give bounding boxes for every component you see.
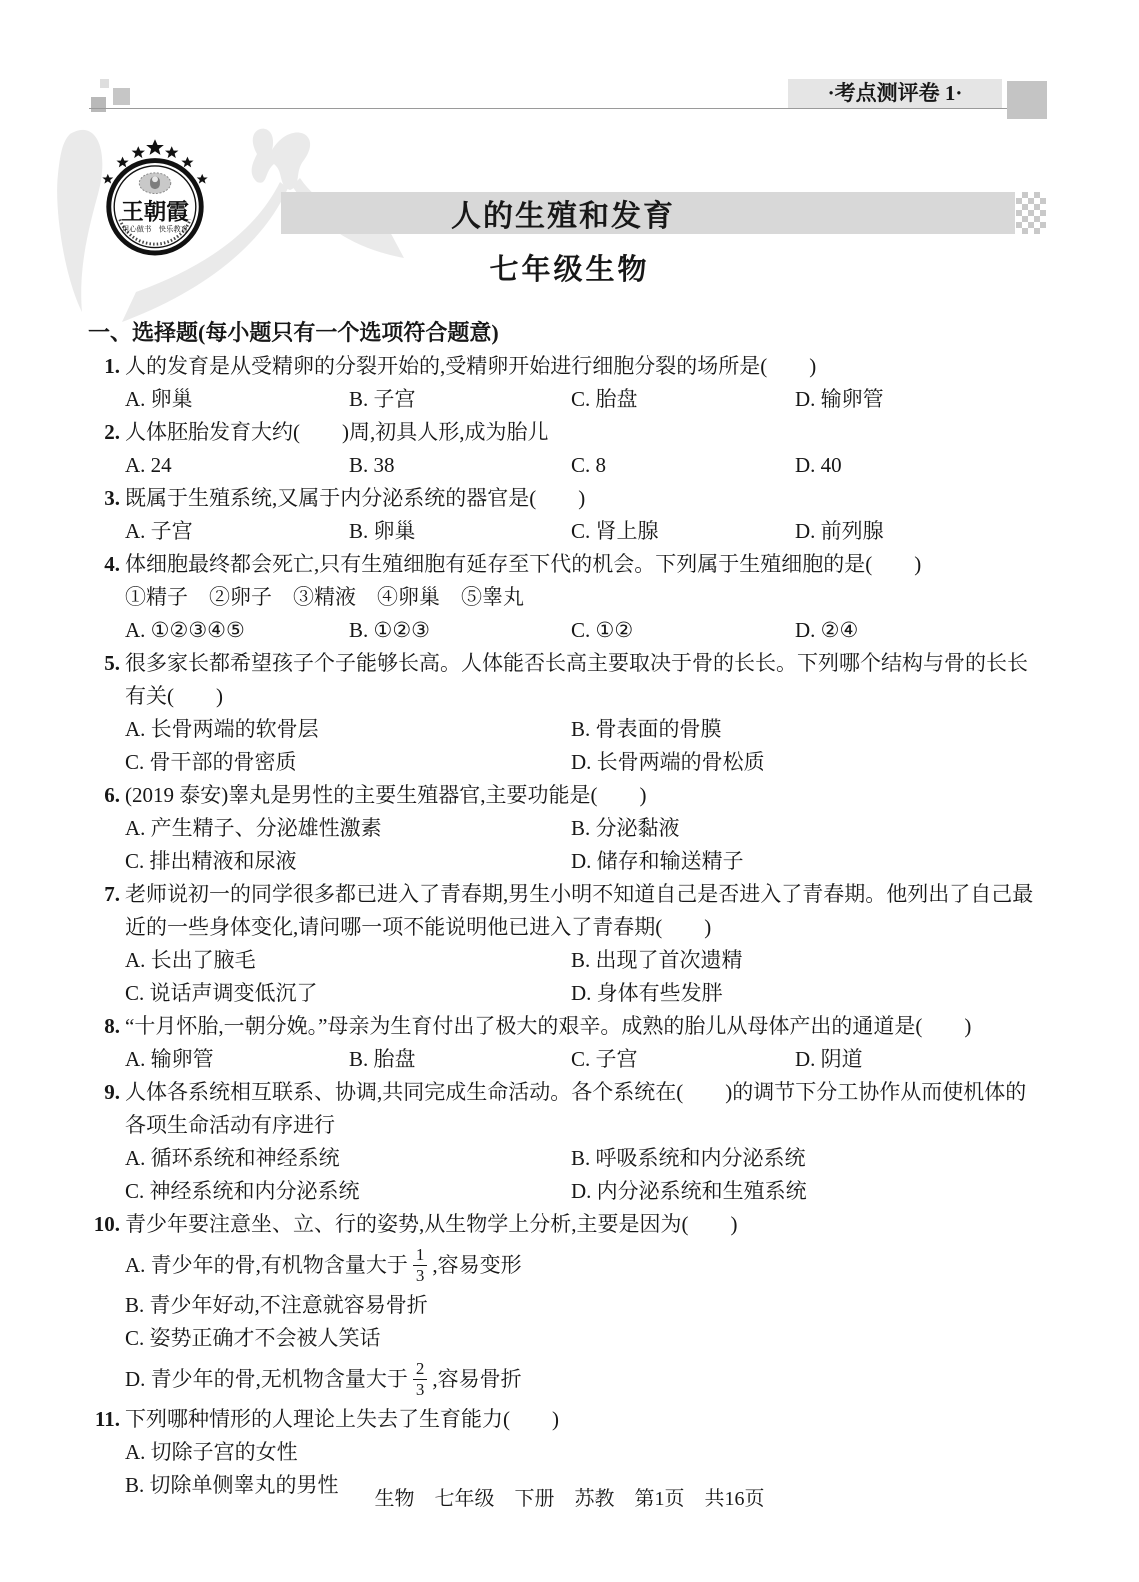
option: D. ②④	[795, 614, 1040, 647]
question-text: 下列哪种情形的人理论上失去了生育能力( )	[125, 1403, 1040, 1436]
question-number: 4.	[88, 548, 125, 647]
portrait-head	[152, 176, 158, 182]
option: C. 子宫	[571, 1043, 795, 1076]
option: C. 8	[571, 449, 795, 482]
option: C. ①②	[571, 614, 795, 647]
question-body: 很多家长都希望孩子个子能够长高。人体能否长高主要取决于骨的长长。下列哪个结构与骨…	[125, 647, 1040, 779]
question-body: 人体各系统相互联系、协调,共同完成生命活动。各个系统在( )的调节下分工协作从而…	[125, 1076, 1040, 1208]
brand-slogan: 用心做书 快乐教育	[122, 224, 188, 233]
option: B. 胎盘	[349, 1043, 571, 1076]
title-banner: 人的生殖和发育	[281, 192, 1015, 234]
question-body: 老师说初一的同学很多都已进入了青春期,男生小明不知道自己是否进入了青春期。他列出…	[125, 878, 1040, 1010]
options: A. 卵巢B. 子宫C. 胎盘D. 输卵管	[125, 383, 1040, 416]
option: C. 胎盘	[571, 383, 795, 416]
options: A. 青少年的骨,有机物含量大于13,容易变形B. 青少年好动,不注意就容易骨折…	[125, 1245, 1040, 1399]
question-body: “十月怀胎,一朝分娩。”母亲为生育付出了极大的艰辛。成熟的胎儿从母体产出的通道是…	[125, 1010, 1040, 1076]
option: C. 排出精液和尿液	[125, 845, 571, 878]
corner-square	[1007, 81, 1047, 119]
option: D. 青少年的骨,无机物含量大于23,容易骨折	[125, 1359, 1040, 1399]
question-3: 3.既属于生殖系统,又属于内分泌系统的器官是( )A. 子宫B. 卵巢C. 肾上…	[88, 482, 1040, 548]
option: A. 卵巢	[125, 383, 349, 416]
option: D. 长骨两端的骨松质	[571, 746, 1040, 779]
question-number: 10.	[88, 1208, 125, 1403]
option: A. 长出了腋毛	[125, 944, 571, 977]
question-body: 人的发育是从受精卵的分裂开始的,受精卵开始进行细胞分裂的场所是( )A. 卵巢B…	[125, 350, 1040, 416]
question-section: 一、选择题(每小题只有一个选项符合题意) 1.人的发育是从受精卵的分裂开始的,受…	[88, 316, 1040, 1502]
question-9: 9.人体各系统相互联系、协调,共同完成生命活动。各个系统在( )的调节下分工协作…	[88, 1076, 1040, 1208]
fraction: 23	[413, 1359, 428, 1399]
option: B. 38	[349, 449, 571, 482]
option: B. ①②③	[349, 614, 571, 647]
question-body: 人体胚胎发育大约( )周,初具人形,成为胎儿A. 24B. 38C. 8D. 4…	[125, 416, 1040, 482]
question-text: 既属于生殖系统,又属于内分泌系统的器官是( )	[125, 482, 1040, 515]
question-text: 人体各系统相互联系、协调,共同完成生命活动。各个系统在( )的调节下分工协作从而…	[125, 1076, 1040, 1142]
option: B. 子宫	[349, 383, 571, 416]
option: C. 骨干部的骨密质	[125, 746, 571, 779]
option-text: ,容易变形	[432, 1252, 521, 1278]
option: C. 说话声调变低沉了	[125, 977, 571, 1010]
option: D. 前列腺	[795, 515, 1040, 548]
fraction-denominator: 3	[413, 1265, 428, 1286]
dither-pattern	[1016, 192, 1046, 234]
question-text: 老师说初一的同学很多都已进入了青春期,男生小明不知道自己是否进入了青春期。他列出…	[125, 878, 1040, 944]
option: D. 阴道	[795, 1043, 1040, 1076]
question-5: 5.很多家长都希望孩子个子能够长高。人体能否长高主要取决于骨的长长。下列哪个结构…	[88, 647, 1040, 779]
question-body: 青少年要注意坐、立、行的姿势,从生物学上分析,主要是因为( )A. 青少年的骨,…	[125, 1208, 1040, 1403]
options: A. ①②③④⑤B. ①②③C. ①②D. ②④	[125, 614, 1040, 647]
question-text: “十月怀胎,一朝分娩。”母亲为生育付出了极大的艰辛。成熟的胎儿从母体产出的通道是…	[125, 1010, 1040, 1043]
question-body: (2019 泰安)睾丸是男性的主要生殖器官,主要功能是( )A. 产生精子、分泌…	[125, 779, 1040, 878]
option: A. ①②③④⑤	[125, 614, 349, 647]
question-text: 体细胞最终都会死亡,只有生殖细胞有延存至下代的机会。下列属于生殖细胞的是( )	[125, 548, 1040, 581]
options: A. 长出了腋毛B. 出现了首次遗精C. 说话声调变低沉了D. 身体有些发胖	[125, 944, 1040, 1010]
option: B. 分泌黏液	[571, 812, 1040, 845]
fraction-numerator: 1	[416, 1245, 425, 1265]
question-number: 9.	[88, 1076, 125, 1208]
option: D. 内分泌系统和生殖系统	[571, 1175, 1040, 1208]
brand-name: 王朝霞	[121, 200, 189, 225]
option: A. 产生精子、分泌雄性激素	[125, 812, 571, 845]
registration-mark	[113, 88, 130, 105]
options: A. 子宫B. 卵巢C. 肾上腺D. 前列腺	[125, 515, 1040, 548]
question-number: 5.	[88, 647, 125, 779]
question-list: 1.人的发育是从受精卵的分裂开始的,受精卵开始进行细胞分裂的场所是( )A. 卵…	[88, 350, 1040, 1502]
option: A. 输卵管	[125, 1043, 349, 1076]
option: A. 循环系统和神经系统	[125, 1142, 571, 1175]
option: C. 肾上腺	[571, 515, 795, 548]
question-subitems: ①精子 ②卵子 ③精液 ④卵巢 ⑤睾丸	[125, 581, 1040, 614]
page-title: 人的生殖和发育	[451, 191, 675, 235]
options: A. 循环系统和神经系统B. 呼吸系统和内分泌系统C. 神经系统和内分泌系统D.…	[125, 1142, 1040, 1208]
option: C. 姿势正确才不会被人笑话	[125, 1322, 1040, 1355]
question-1: 1.人的发育是从受精卵的分裂开始的,受精卵开始进行细胞分裂的场所是( )A. 卵…	[88, 350, 1040, 416]
question-6: 6.(2019 泰安)睾丸是男性的主要生殖器官,主要功能是( )A. 产生精子、…	[88, 779, 1040, 878]
question-7: 7.老师说初一的同学很多都已进入了青春期,男生小明不知道自己是否进入了青春期。他…	[88, 878, 1040, 1010]
exam-set-badge: ·考点测评卷 1·	[788, 79, 1002, 108]
question-text: 青少年要注意坐、立、行的姿势,从生物学上分析,主要是因为( )	[125, 1208, 1040, 1241]
question-number: 7.	[88, 878, 125, 1010]
option: A. 子宫	[125, 515, 349, 548]
question-number: 6.	[88, 779, 125, 878]
section-heading: 一、选择题(每小题只有一个选项符合题意)	[88, 316, 1040, 350]
options: A. 产生精子、分泌雄性激素B. 分泌黏液C. 排出精液和尿液D. 储存和输送精…	[125, 812, 1040, 878]
registration-mark	[91, 97, 106, 112]
option: B. 青少年好动,不注意就容易骨折	[125, 1289, 1040, 1322]
question-number: 1.	[88, 350, 125, 416]
question-text: 人的发育是从受精卵的分裂开始的,受精卵开始进行细胞分裂的场所是( )	[125, 350, 1040, 383]
options: A. 长骨两端的软骨层B. 骨表面的骨膜C. 骨干部的骨密质D. 长骨两端的骨松…	[125, 713, 1040, 779]
question-number: 8.	[88, 1010, 125, 1076]
question-10: 10.青少年要注意坐、立、行的姿势,从生物学上分析,主要是因为( )A. 青少年…	[88, 1208, 1040, 1403]
page-footer: 生物 七年级 下册 苏教 第1页 共16页	[0, 1482, 1139, 1511]
option: C. 神经系统和内分泌系统	[125, 1175, 571, 1208]
question-2: 2.人体胚胎发育大约( )周,初具人形,成为胎儿A. 24B. 38C. 8D.…	[88, 416, 1040, 482]
question-body: 体细胞最终都会死亡,只有生殖细胞有延存至下代的机会。下列属于生殖细胞的是( )①…	[125, 548, 1040, 647]
option-text: D. 青少年的骨,无机物含量大于	[125, 1366, 408, 1392]
header-rule	[89, 108, 1047, 109]
option-text: A. 青少年的骨,有机物含量大于	[125, 1252, 408, 1278]
brand-stamp-logo: 王朝霞 用心做书 快乐教育	[96, 128, 214, 258]
option-text: ,容易骨折	[432, 1366, 521, 1392]
option: A. 24	[125, 449, 349, 482]
option: B. 骨表面的骨膜	[571, 713, 1040, 746]
option: D. 储存和输送精子	[571, 845, 1040, 878]
option: B. 出现了首次遗精	[571, 944, 1040, 977]
options: A. 24B. 38C. 8D. 40	[125, 449, 1040, 482]
option: D. 40	[795, 449, 1040, 482]
fraction: 13	[413, 1245, 428, 1285]
option: A. 切除子宫的女性	[125, 1436, 1040, 1469]
fraction-numerator: 2	[416, 1359, 425, 1379]
option: B. 呼吸系统和内分泌系统	[571, 1142, 1040, 1175]
option: A. 长骨两端的软骨层	[125, 713, 571, 746]
option: A. 青少年的骨,有机物含量大于13,容易变形	[125, 1245, 1040, 1285]
exam-page: ·考点测评卷 1· 王朝霞 用心做书 快乐教育	[0, 0, 1139, 1582]
question-text: (2019 泰安)睾丸是男性的主要生殖器官,主要功能是( )	[125, 779, 1040, 812]
question-text: 人体胚胎发育大约( )周,初具人形,成为胎儿	[125, 416, 1040, 449]
question-number: 3.	[88, 482, 125, 548]
question-text: 很多家长都希望孩子个子能够长高。人体能否长高主要取决于骨的长长。下列哪个结构与骨…	[125, 647, 1040, 713]
option: D. 输卵管	[795, 383, 1040, 416]
question-4: 4.体细胞最终都会死亡,只有生殖细胞有延存至下代的机会。下列属于生殖细胞的是( …	[88, 548, 1040, 647]
question-number: 2.	[88, 416, 125, 482]
registration-mark	[100, 79, 109, 88]
option: B. 卵巢	[349, 515, 571, 548]
question-body: 既属于生殖系统,又属于内分泌系统的器官是( )A. 子宫B. 卵巢C. 肾上腺D…	[125, 482, 1040, 548]
option: D. 身体有些发胖	[571, 977, 1040, 1010]
fraction-denominator: 3	[413, 1379, 428, 1400]
options: A. 输卵管B. 胎盘C. 子宫D. 阴道	[125, 1043, 1040, 1076]
question-8: 8.“十月怀胎,一朝分娩。”母亲为生育付出了极大的艰辛。成熟的胎儿从母体产出的通…	[88, 1010, 1040, 1076]
